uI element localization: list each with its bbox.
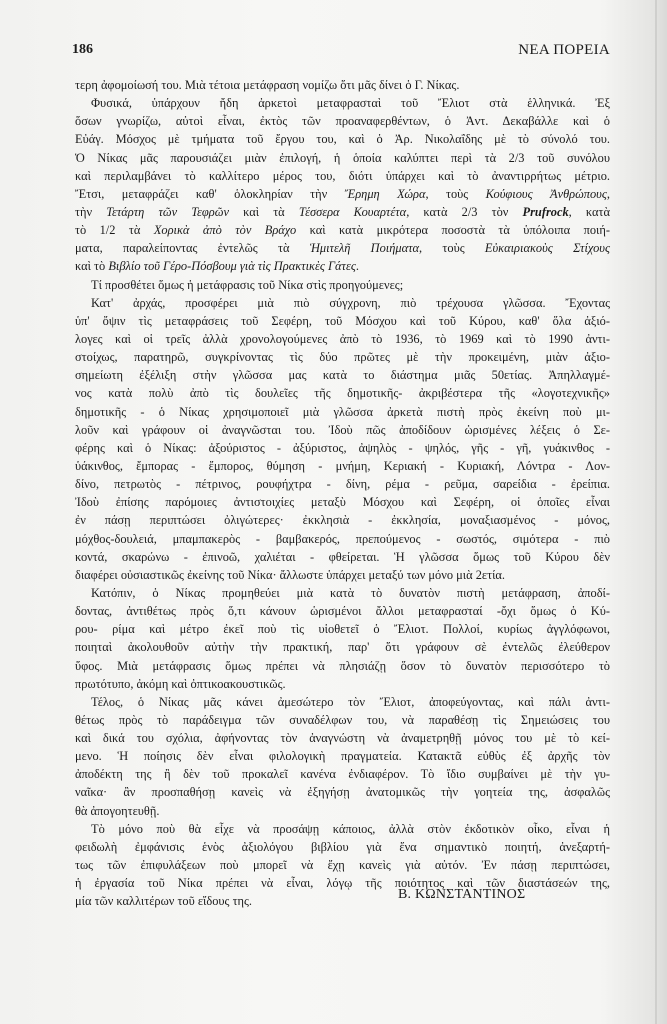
text-line: Κατ' ἀρχάς, προσφέρει μιὰ πιὸ σύγχρονη, … — [75, 294, 610, 312]
paragraph: Κατ' ἀρχάς, προσφέρει μιὰ πιὸ σύγχρονη, … — [75, 294, 610, 584]
italic-title: Ἡμιτελῆ Ποιήματα — [310, 241, 419, 255]
text-line: ποιηταὶ ἀκολουθοῦν αὐτὴν τὴν πρακτική, π… — [75, 638, 610, 656]
text-line: Τὸ μόνο ποὺ θὰ εἶχε νὰ προσάψῃ κάποιος, … — [75, 820, 610, 838]
scanned-page: 186 ΝΕΑ ΠΟΡΕΙΑ τερη ἀφομοίωσή του. Μιὰ τ… — [0, 0, 667, 1024]
text-line: μενο. Ἡ ποίησις δὲν εἶναι φιλολογικὴ πρα… — [75, 747, 610, 765]
page-number: 186 — [72, 42, 93, 58]
text-line: μόχθος-δουλειά, μπαμπακερὸς - βαμβακερός… — [75, 530, 610, 548]
text-line: δίνο, πετρωτὸς - πέτρινος, ρουφήχτρα - δ… — [75, 475, 610, 493]
text-line: ναῖκα· ἂν προσπαθήσῃ κανεὶς νὰ ἐξηγήσῃ ἀ… — [75, 783, 610, 801]
text-line: ἐν πάσῃ περιπτώσει ὀλιγώτερες· ἐκκλησιὰ … — [75, 511, 610, 529]
text-line: Ἔτσι, μεταφράζει καθ' ὁλοκληρίαν τὴν Ἔρη… — [75, 185, 610, 203]
text-line: ὑπ' ὄψιν τὶς μεταφράσεις τοῦ Σεφέρη, τοῦ… — [75, 312, 610, 330]
text-line: δοντας, ἀντιθέτως πρὸς ὅ,τι κάνουν ὡρισμ… — [75, 602, 610, 620]
italic-title: Εὐκαιριακοὺς Στίχους — [485, 241, 610, 255]
italic-title: Τετάρτη τῶν Τεφρῶν — [106, 205, 229, 219]
text-line: λοῦν καὶ γράφουν οἱ ἀναγνῶσται του. Ἰδοὺ… — [75, 421, 610, 439]
author-signature: Β. ΚΩΝΣΤΑΝΤΙΝΟΣ — [398, 887, 525, 903]
text-line: στοίχως, παρατηρῶ, συγκρίνοντας τὶς δύο … — [75, 348, 610, 366]
text-line: Ὁ Νίκας μᾶς παρουσιάζει μιὰν ἐπιλογή, ἡ … — [75, 149, 610, 167]
text-line: τὴν Τετάρτη τῶν Τεφρῶν καὶ τὰ Τέσσερα Κο… — [75, 203, 610, 221]
text-line: Τί προσθέτει ὅμως ἡ μετάφρασις τοῦ Νίκα … — [75, 276, 610, 294]
text-line: Εὐάγ. Μόσχος μὲ τμήματα τοῦ ἔργου του, κ… — [75, 130, 610, 148]
text-line: σημείωτη ἐξέλιξη στὴν γλῶσσα μας κατὰ το… — [75, 366, 610, 384]
text-line: νος κατὰ πολὺ ἀπὸ τὶς δουλεῖες τῆς δημοτ… — [75, 384, 610, 402]
page-edge-shadow — [655, 0, 657, 1024]
running-title: ΝΕΑ ΠΟΡΕΙΑ — [518, 42, 610, 59]
text-line: Φυσικά, ὑπάρχουν ἤδη ἀρκετοὶ μεταφρασταὶ… — [75, 94, 610, 112]
article-body: τερη ἀφομοίωσή του. Μιὰ τέτοια μετάφραση… — [75, 76, 610, 910]
page-header: 186 ΝΕΑ ΠΟΡΕΙΑ — [72, 42, 610, 62]
text-line: Τέλος, ὁ Νίκας μᾶς κάνει ἀμεσώτερο τὸν Ἔ… — [75, 693, 610, 711]
text-line: κοντά, σκαρώνω - ἐπινοῶ, χαλιέται - φθεί… — [75, 548, 610, 566]
text-line: πρωτότυπο, ἀκόμη καὶ ὀπτικοακουστικῶς. — [75, 675, 610, 693]
text-line: θὰ ἀπογοητευθῇ. — [75, 802, 610, 820]
paragraph: Φυσικά, ὑπάρχουν ἤδη ἀρκετοὶ μεταφρασταὶ… — [75, 94, 610, 275]
paragraph: Τί προσθέτει ὅμως ἡ μετάφρασις τοῦ Νίκα … — [75, 276, 610, 294]
text-line: ὅσων γνωρίζω, αὐτοὶ εἶναι, ἐκτὸς τῶν προ… — [75, 112, 610, 130]
italic-title: Τέσσερα Κουαρτέτα — [299, 205, 406, 219]
text-line: Ἰδοὺ ἐπίσης παρόμοιες ἀντιστοιχίες μεταξ… — [75, 493, 610, 511]
text-line: καὶ περιλαμβάνει τὸ καλλίτερο μέρος του,… — [75, 167, 610, 185]
text-line: ἡ ἐργασία τοῦ Νίκα πρέπει νὰ εἶναι, λόγῳ… — [75, 874, 610, 892]
text-line: τερη ἀφομοίωσή του. Μιὰ τέτοια μετάφραση… — [75, 76, 610, 94]
paragraph: Τὸ μόνο ποὺ θὰ εἶχε νὰ προσάψῃ κάποιος, … — [75, 820, 610, 911]
text-line: λογες καὶ οἱ τρεῖς ἀλλὰ χρονολογούμενες … — [75, 330, 610, 348]
italic-title: Χορικὰ ἀπὸ τὸν Βράχο — [154, 223, 296, 237]
text-line: ματα, παραλείποντας ἐντελῶς τὰ Ἡμιτελῆ Π… — [75, 239, 610, 257]
text-line: ρου- ρίμα καὶ μέτρο ἐκεῖ ποὺ τὶς υἱοθετε… — [75, 620, 610, 638]
text-line: τως τῶν ἐπιφυλάξεων ποὺ μπορεῖ νὰ ἔχῃ κα… — [75, 856, 610, 874]
text-line: διαφέρει οὐσιαστικῶς ἐκείνης τοῦ Νίκα· ἄ… — [75, 566, 610, 584]
text-line: ὑάκινθος, ἔμπορας - ἔμπορος, θύμηση - μν… — [75, 457, 610, 475]
paragraph: τερη ἀφομοίωσή του. Μιὰ τέτοια μετάφραση… — [75, 76, 610, 94]
paragraph: Κατόπιν, ὁ Νίκας προμηθεύει μιὰ κατὰ τὸ … — [75, 584, 610, 693]
text-line: καὶ τὸ Βιβλίο τοῦ Γέρο-Πόσβουμ γιὰ τὶς Π… — [75, 257, 610, 275]
text-line: φέρης καὶ ὁ Νίκας: ἀξούριστος - ἀξύριστο… — [75, 439, 610, 457]
italic-title: Κούφιους Ἀνθρώπους — [486, 187, 607, 201]
text-line: ἀποδέκτη της ἢ δὲν τοῦ προκαλεῖ κανένα ἐ… — [75, 765, 610, 783]
italic-title: Prufrock — [523, 205, 569, 219]
text-line: φειδωλὴ ἐμφάνισις ἑνὸς ἀξιολόγου βιβλίου… — [75, 838, 610, 856]
italic-title: Βιβλίο τοῦ Γέρο-Πόσβουμ γιὰ τὶς Πρακτικὲ… — [108, 259, 356, 273]
text-line: Κατόπιν, ὁ Νίκας προμηθεύει μιὰ κατὰ τὸ … — [75, 584, 610, 602]
text-line: ὕφος. Μιὰ μετάφρασις ὅμως πρέπει νὰ πλησ… — [75, 657, 610, 675]
text-line: θέτως πρὸς τὸ παράδειγμα τῶν συναδέλφων … — [75, 711, 610, 729]
text-line: δημοτικῆς - ὁ Νίκας χρησιμοποιεῖ μιὰ γλῶ… — [75, 403, 610, 421]
text-line: τὸ 1/2 τὰ Χορικὰ ἀπὸ τὸν Βράχο καὶ κατὰ … — [75, 221, 610, 239]
bold-title: Prufrock — [523, 205, 569, 219]
text-line: καὶ δικά του σχόλια, ἀφήνοντας τὸν ἀναγν… — [75, 729, 610, 747]
paragraph: Τέλος, ὁ Νίκας μᾶς κάνει ἀμεσώτερο τὸν Ἔ… — [75, 693, 610, 820]
italic-title: Ἔρημη Χώρα — [345, 187, 426, 201]
text-line: μία τῶν καλλιτέρων τοῦ εἴδους της. — [75, 892, 610, 910]
